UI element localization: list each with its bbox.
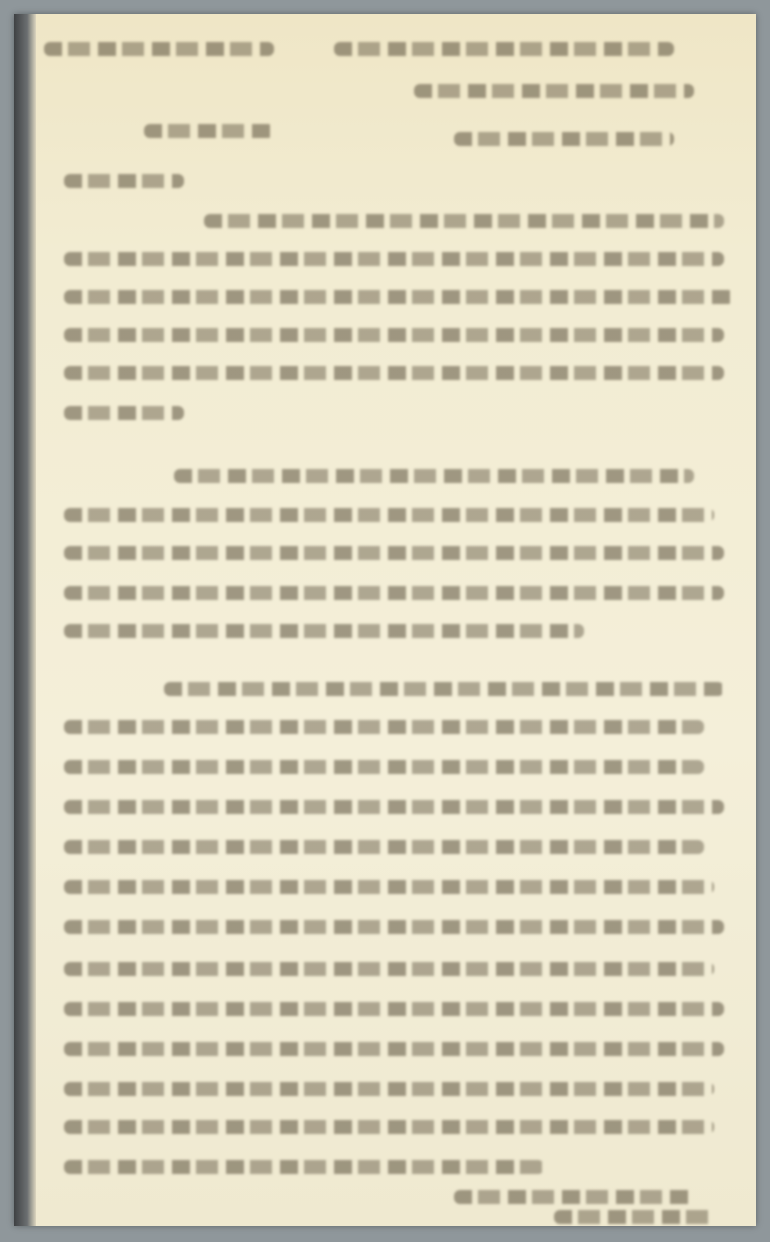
handwritten-line: [64, 624, 584, 638]
handwritten-line: [64, 586, 724, 600]
handwritten-line: [454, 132, 674, 146]
handwritten-line: [64, 406, 184, 420]
handwritten-line: [64, 290, 734, 304]
handwritten-line: [334, 42, 674, 56]
handwritten-line: [144, 124, 274, 138]
handwritten-line: [174, 469, 694, 483]
handwritten-line: [164, 682, 724, 696]
handwritten-line: [64, 720, 704, 734]
handwritten-line: [64, 760, 704, 774]
handwritten-line: [64, 1002, 724, 1016]
handwritten-line: [64, 546, 724, 560]
handwritten-line: [64, 1082, 714, 1096]
handwritten-line: [64, 366, 724, 380]
handwritten-line: [64, 1120, 714, 1134]
handwritten-line: [64, 174, 184, 188]
handwritten-line: [454, 1190, 694, 1204]
handwritten-line: [64, 328, 724, 342]
handwritten-line: [64, 840, 704, 854]
handwritten-line: [414, 84, 694, 98]
handwritten-line: [64, 920, 724, 934]
handwritten-line: [44, 42, 274, 56]
handwritten-line: [204, 214, 724, 228]
handwritten-line: [64, 252, 724, 266]
handwritten-line: [554, 1210, 714, 1224]
letter-page: [14, 14, 756, 1226]
handwritten-line: [64, 1160, 544, 1174]
handwritten-line: [64, 800, 724, 814]
handwritten-line: [64, 508, 714, 522]
handwritten-line: [64, 962, 714, 976]
handwritten-line: [64, 1042, 724, 1056]
handwritten-line: [64, 880, 714, 894]
